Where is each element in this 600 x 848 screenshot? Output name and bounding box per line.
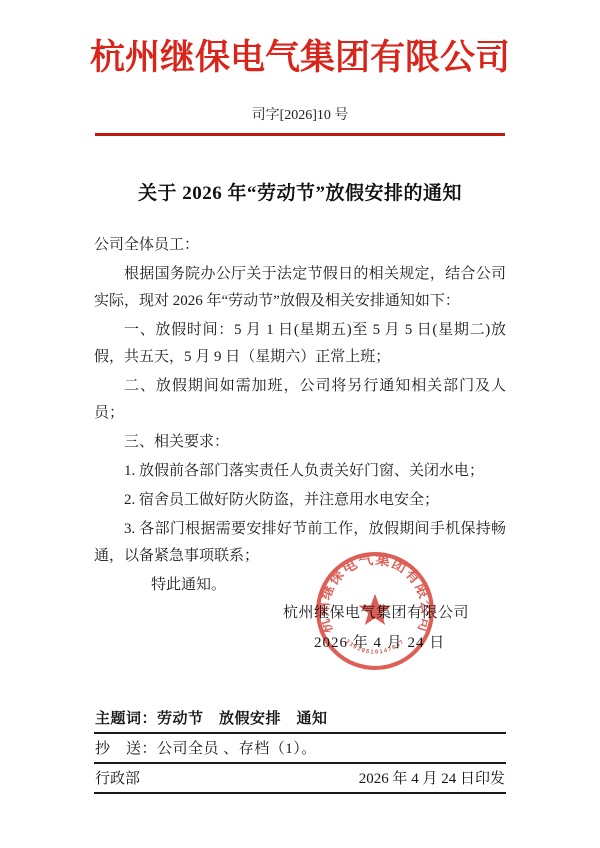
- seal-serial-number: 33010610147047: [344, 639, 406, 656]
- body-paragraph: 二、放假期间如需加班，公司将另行通知相关部门及人员；: [94, 373, 506, 427]
- seal-star-icon: [359, 594, 392, 625]
- company-seal: 杭州继保电气集团有限公司 33010610147047: [314, 550, 436, 672]
- notice-title: 关于 2026 年“劳动节”放假安排的通知: [0, 181, 600, 207]
- body-paragraph: 2. 宿舍员工做好防火防盗，并注意用水电安全；: [94, 487, 506, 514]
- issuer-department: 行政部: [95, 769, 140, 789]
- body-paragraph: 3. 各部门根据需要安排好节前工作，放假期间手机保持畅通，以备紧急事项联系；: [94, 516, 506, 570]
- body-paragraph: 一、放假时间：5 月 1 日(星期五)至 5 月 5 日(星期二)放假，共五天，…: [94, 317, 506, 371]
- company-header-title: 杭州继保电气集团有限公司: [0, 34, 600, 82]
- body-paragraph: 根据国务院办公厅关于法定节假日的相关规定，结合公司实际，现对 2026 年“劳动…: [94, 261, 506, 315]
- seal-ring-text: 杭州继保电气集团有限公司: [315, 550, 436, 636]
- subject-terms: 劳动节 放假安排 通知: [157, 710, 328, 727]
- footer-issue-row: 行政部 2026 年 4 月 24 日印发: [94, 764, 506, 794]
- body-paragraph: 1. 放假前各部门落实责任人负责关好门窗、关闭水电；: [94, 458, 506, 485]
- cc-value: 公司全员 、存档（1）。: [157, 741, 317, 757]
- cc-label: 抄 送：: [95, 741, 157, 757]
- svg-text:33010610147047: 33010610147047: [344, 639, 406, 656]
- footer-table: 主题词：劳动节 放假安排 通知 抄 送：公司全员 、存档（1）。 行政部 202…: [94, 704, 506, 794]
- closing-line: 特此通知。: [94, 572, 506, 599]
- body-paragraph: 三、相关要求：: [94, 429, 506, 456]
- subject-label: 主题词：: [95, 710, 157, 727]
- footer-subject-row: 主题词：劳动节 放假安排 通知: [94, 704, 506, 734]
- doc-number: 司字[2026]10 号: [0, 106, 600, 126]
- notice-body: 公司全体员工： 根据国务院办公厅关于法定节假日的相关规定，结合公司实际，现对 2…: [94, 230, 506, 601]
- issue-date: 2026 年 4 月 24 日印发: [359, 769, 505, 789]
- salutation: 公司全体员工：: [94, 232, 506, 259]
- document-page: 杭州继保电气集团有限公司 司字[2026]10 号 关于 2026 年“劳动节”…: [0, 0, 600, 848]
- footer-cc-row: 抄 送：公司全员 、存档（1）。: [94, 734, 506, 764]
- svg-text:杭州继保电气集团有限公司: 杭州继保电气集团有限公司: [315, 550, 436, 636]
- header-divider-rule: [95, 133, 505, 136]
- body-paragraphs: 根据国务院办公厅关于法定节假日的相关规定，结合公司实际，现对 2026 年“劳动…: [94, 261, 506, 570]
